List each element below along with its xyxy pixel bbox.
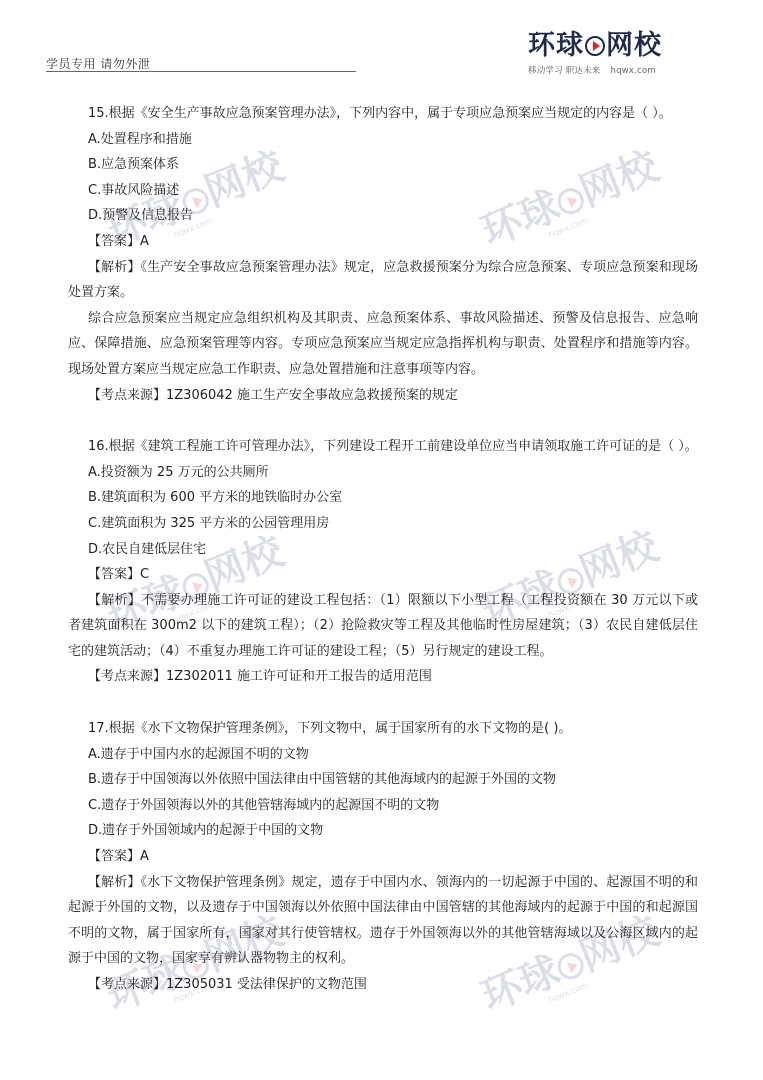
answer: 【答案】A	[68, 844, 698, 870]
logo-text-left: 环球	[528, 30, 584, 61]
source: 【考点来源】1Z306042 施工生产安全事故应急救援预案的规定	[68, 383, 698, 409]
spacer	[68, 408, 698, 434]
question-17: 17.根据《水下文物保护管理条例》，下列文物中，属于国家所有的水下文物的是( )…	[68, 716, 698, 998]
option-d: D.农民自建低层住宅	[68, 537, 698, 563]
logo-slogan: 移动学习 职达未来	[528, 66, 601, 76]
analysis-paragraph: 【解析】《水下文物保护管理条例》规定，遗存于中国内水、领海内的一切起源于中国的、…	[68, 870, 698, 972]
analysis-paragraph: 【解析】不需要办理施工许可证的建设工程包括：（1）限额以下小型工程（工程投资额在…	[68, 588, 698, 665]
confidential-tag: 学员专用 请勿外泄	[46, 55, 150, 72]
option-c: C.建筑面积为 325 平方米的公园管理用房	[68, 511, 698, 537]
document-body: 15.根据《安全生产事故应急预案管理办法》，下列内容中，属于专项应急预案应当规定…	[68, 101, 698, 998]
option-a: A.投资额为 25 万元的公共厕所	[68, 460, 698, 486]
analysis-paragraph: 【解析】《生产安全事故应急预案管理办法》规定，应急救援预案分为综合应急预案、专项…	[68, 255, 698, 306]
header-divider	[46, 71, 356, 72]
question-16: 16.根据《建筑工程施工许可管理办法》，下列建设工程开工前建设单位应当申请领取施…	[68, 434, 698, 690]
page-header: 学员专用 请勿外泄 环球网校 移动学习 职达未来hqwx.com	[46, 0, 666, 90]
answer: 【答案】C	[68, 562, 698, 588]
option-a: A.遗存于中国内水的起源国不明的文物	[68, 742, 698, 768]
option-b: B.建筑面积为 600 平方米的地铁临时办公室	[68, 485, 698, 511]
option-b: B.应急预案体系	[68, 152, 698, 178]
play-icon	[585, 36, 605, 56]
source: 【考点来源】1Z302011 施工许可证和开工报告的适用范围	[68, 664, 698, 690]
logo-url: hqwx.com	[611, 66, 656, 76]
brand-logo: 环球网校 移动学习 职达未来hqwx.com	[528, 30, 668, 85]
question-stem: 17.根据《水下文物保护管理条例》，下列文物中，属于国家所有的水下文物的是( )…	[68, 716, 698, 742]
option-c: C.遗存于外国领海以外的其他管辖海域内的起源国不明的文物	[68, 793, 698, 819]
question-15: 15.根据《安全生产事故应急预案管理办法》，下列内容中，属于专项应急预案应当规定…	[68, 101, 698, 408]
question-stem: 15.根据《安全生产事故应急预案管理办法》，下列内容中，属于专项应急预案应当规定…	[68, 101, 698, 127]
option-d: D.预警及信息报告	[68, 203, 698, 229]
option-c: C.事故风险描述	[68, 178, 698, 204]
option-b: B.遗存于中国领海以外依照中国法律由中国管辖的其他海域内的起源于外国的文物	[68, 767, 698, 793]
answer: 【答案】A	[68, 229, 698, 255]
source: 【考点来源】1Z305031 受法律保护的文物范围	[68, 972, 698, 998]
option-d: D.遗存于外国领域内的起源于中国的文物	[68, 818, 698, 844]
logo-tagline: 移动学习 职达未来hqwx.com	[528, 64, 668, 76]
question-stem: 16.根据《建筑工程施工许可管理办法》，下列建设工程开工前建设单位应当申请领取施…	[68, 434, 698, 460]
analysis-paragraph: 综合应急预案应当规定应急组织机构及其职责、应急预案体系、事故风险描述、预警及信息…	[68, 306, 698, 383]
logo-text-right: 网校	[606, 30, 662, 61]
spacer	[68, 690, 698, 716]
option-a: A.处置程序和措施	[68, 127, 698, 153]
logo-wordmark: 环球网校	[528, 30, 668, 62]
